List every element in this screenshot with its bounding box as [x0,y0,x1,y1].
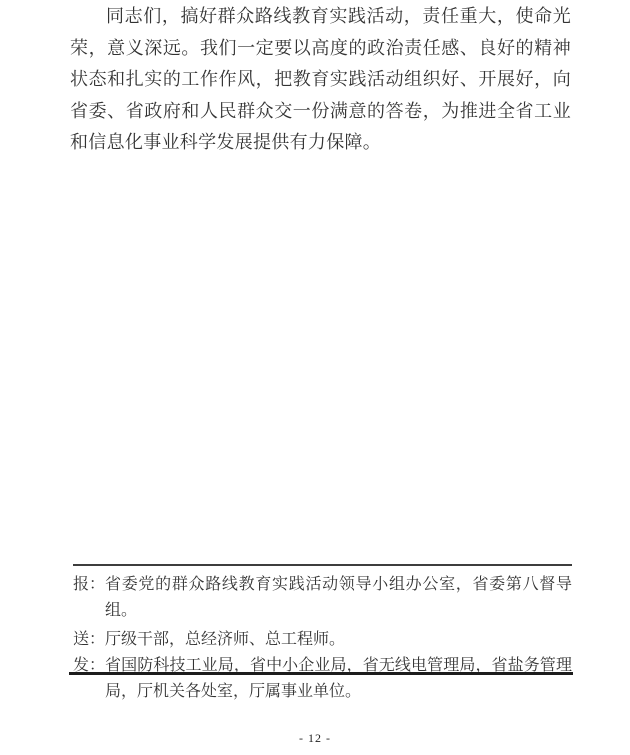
distribution-label-report: 报： [73,572,105,624]
distribution-label-issue: 发： [73,653,105,705]
closing-paragraph: 同志们，搞好群众路线教育实践活动，责任重大，使命光荣，意义深远。我们一定要以高度… [70,1,571,159]
distribution-content-report: 省委党的群众路线教育实践活动领导小组办公室，省委第八督导组。 [105,572,572,624]
distribution-entry-report: 报： 省委党的群众路线教育实践活动领导小组办公室，省委第八督导组。 [73,572,572,624]
distribution-content-send: 厅级干部，总经济师、总工程师。 [105,627,572,653]
document-page: 同志们，搞好群众路线教育实践活动，责任重大，使命光荣，意义深远。我们一定要以高度… [0,0,630,755]
distribution-divider-top [73,564,572,566]
distribution-content-issue: 省国防科技工业局，省中小企业局，省无线电管理局，省盐务管理局，厅机关各处室，厅属… [105,653,572,705]
page-number: - 12 - [0,731,630,746]
distribution-label-send: 送： [73,627,105,653]
distribution-entry-send: 送： 厅级干部，总经济师、总工程师。 [73,627,572,653]
distribution-divider-bottom [69,672,573,675]
distribution-entry-issue: 发： 省国防科技工业局，省中小企业局，省无线电管理局，省盐务管理局，厅机关各处室… [73,653,572,705]
distribution-block: 报： 省委党的群众路线教育实践活动领导小组办公室，省委第八督导组。 送： 厅级干… [73,572,572,705]
